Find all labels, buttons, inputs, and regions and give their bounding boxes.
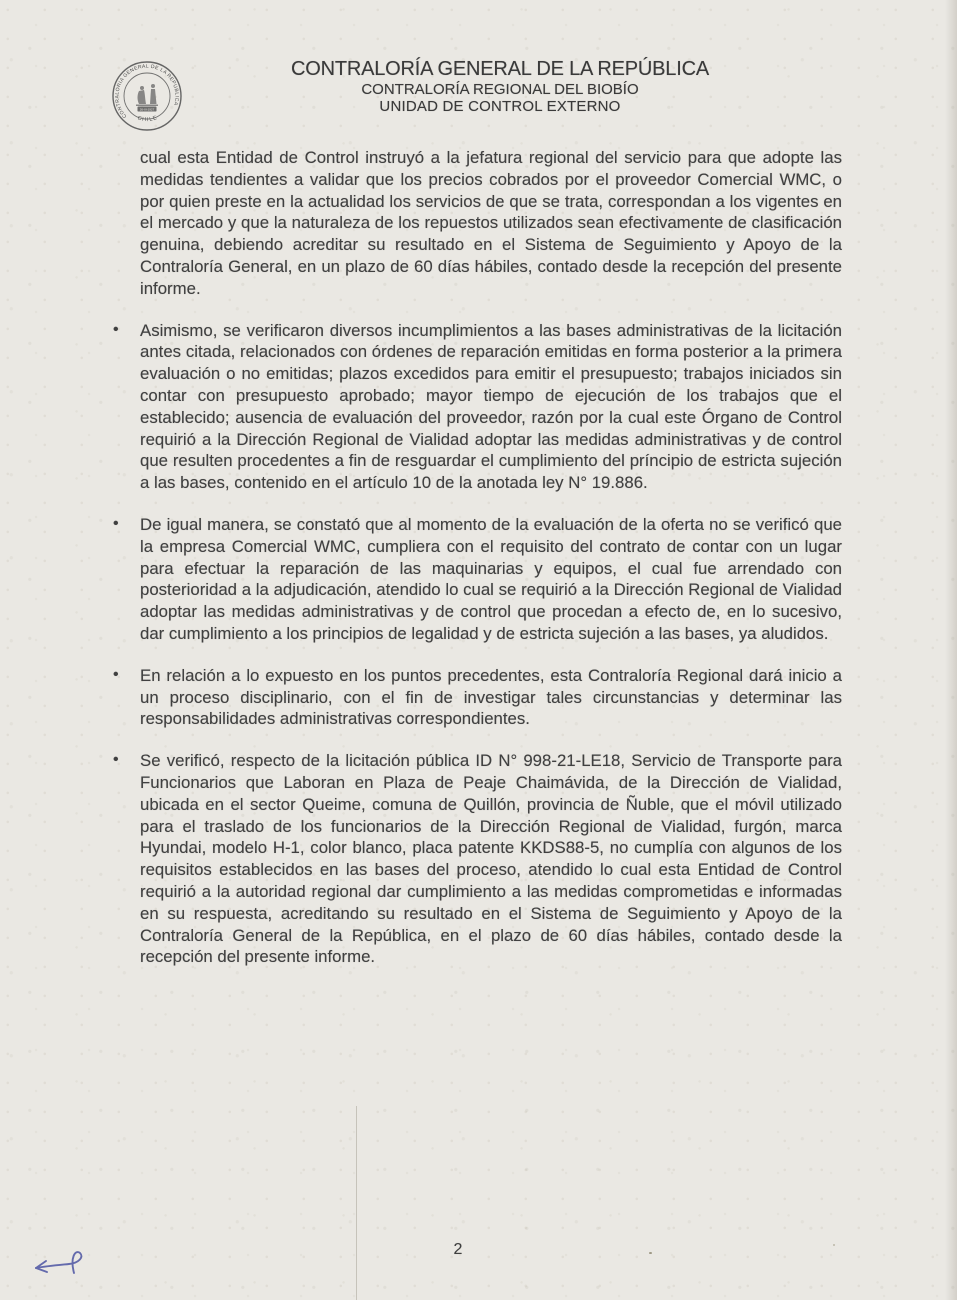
bullet-marker: • [113, 749, 119, 771]
unit-subtitle: UNIDAD DE CONTROL EXTERNO [230, 98, 770, 115]
paragraph-text: En relación a lo expuesto en los puntos … [140, 666, 842, 729]
bullet-paragraph: • De igual manera, se constató que al mo… [140, 514, 842, 645]
bullet-marker: • [113, 319, 119, 341]
document-body: cual esta Entidad de Control instruyó a … [140, 147, 842, 988]
handwritten-pen-scribble [30, 1246, 86, 1280]
paragraph-text: Asimismo, se verificaron diversos incump… [140, 321, 842, 493]
seal-bottom-text: CHILE [137, 115, 159, 123]
scanned-document-page: CONTRALORIA GENERAL DE LA REPUBLICA 26-I… [0, 0, 957, 1300]
seal-emblem-figures [136, 84, 158, 106]
bullet-paragraph: • Asimismo, se verificaron diversos incu… [140, 320, 842, 494]
paragraph-text: Se verificó, respecto de la licitación p… [140, 751, 842, 966]
paragraph-text: De igual manera, se constató que al mome… [140, 515, 842, 643]
bullet-paragraph: • Se verificó, respecto de la licitación… [140, 750, 842, 968]
page-number: 2 [430, 1241, 486, 1259]
scan-edge-shadow [945, 0, 957, 1300]
paper-crease-line [356, 1106, 357, 1300]
seal-date-text: 26-III-1927 [140, 107, 155, 111]
paragraph-text: cual esta Entidad de Control instruyó a … [140, 148, 842, 298]
contraloria-seal-icon: CONTRALORIA GENERAL DE LA REPUBLICA 26-I… [109, 58, 185, 134]
paper-speck [649, 1252, 652, 1254]
svg-text:CHILE: CHILE [137, 115, 159, 123]
paragraph-continuation: cual esta Entidad de Control instruyó a … [140, 147, 842, 300]
institution-title: CONTRALORÍA GENERAL DE LA REPÚBLICA [230, 57, 770, 81]
bullet-marker: • [113, 513, 119, 535]
bullet-marker: • [113, 664, 119, 686]
regional-office-subtitle: CONTRALORÍA REGIONAL DEL BIOBÍO [230, 81, 770, 98]
bullet-paragraph: • En relación a lo expuesto en los punto… [140, 665, 842, 730]
letterhead: CONTRALORÍA GENERAL DE LA REPÚBLICA CONT… [230, 57, 770, 115]
paper-speck [833, 1244, 835, 1246]
